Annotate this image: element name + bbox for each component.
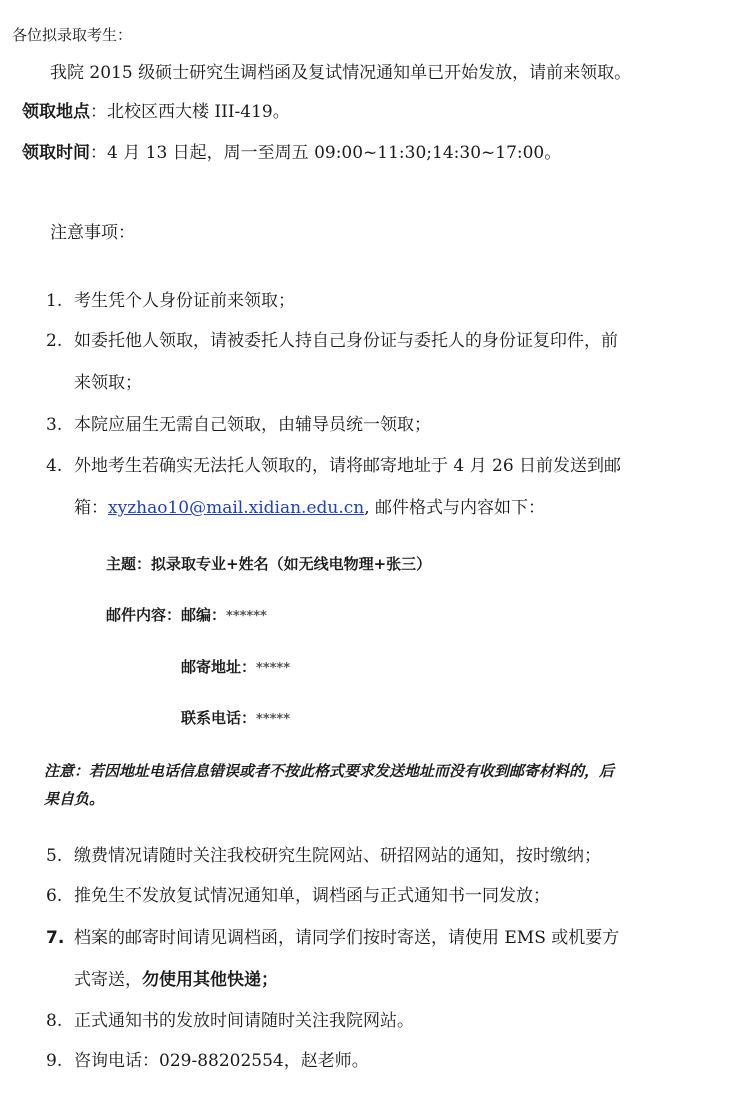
- email-subject-format: 主题：拟录取专业+姓名（如无线电物理+张三）: [106, 553, 431, 575]
- greeting: 各位拟录取考生：: [12, 24, 132, 46]
- warning-no-other-courier: 勿使用其他快递；: [142, 970, 278, 990]
- email-content-address: 邮寄地址：*****: [181, 656, 290, 680]
- list-item-continuation: 箱：xyzhao10@mail.xidian.edu.cn, 邮件格式与内容如下…: [74, 497, 545, 519]
- list-item: 8.正式通知书的发放时间请随时关注我院网站。: [46, 1010, 414, 1032]
- list-item-continuation: 来领取；: [74, 372, 142, 394]
- pickup-location: 领取地点：北校区西大楼 III-419。: [22, 101, 290, 123]
- time-label: 领取时间: [22, 143, 90, 163]
- list-item: 5.缴费情况请随时关注我校研究生院网站、研招网站的通知，按时缴纳；: [46, 845, 601, 867]
- email-content-phone: 联系电话：*****: [181, 707, 290, 731]
- list-item-continuation: 式寄送，勿使用其他快递；: [74, 969, 278, 991]
- time-value: 4 月 13 日起，周一至周五 09:00~11:30;14:30~17:00。: [107, 143, 561, 163]
- email-link[interactable]: xyzhao10@mail.xidian.edu.cn: [108, 498, 364, 518]
- notes-heading: 注意事项：: [50, 222, 135, 244]
- list-item: 1.考生凭个人身份证前来领取；: [46, 290, 295, 312]
- warning-line-2: 果自负。: [44, 788, 104, 810]
- warning-line-1: 注意：若因地址电话信息错误或者不按此格式要求发送地址而没有收到邮寄材料的，后: [44, 760, 614, 782]
- list-item: 7.档案的邮寄时间请见调档函，请同学们按时寄送，请使用 EMS 或机要方: [46, 927, 619, 949]
- list-item: 9.咨询电话：029-88202554，赵老师。: [46, 1050, 369, 1072]
- list-item: 6.推免生不发放复试情况通知单，调档函与正式通知书一同发放；: [46, 885, 550, 907]
- location-value: 北校区西大楼 III-419。: [107, 102, 290, 122]
- location-label: 领取地点: [22, 102, 90, 122]
- list-item: 2.如委托他人领取，请被委托人持自己身份证与委托人的身份证复印件，前: [46, 330, 618, 352]
- list-item: 4.外地考生若确实无法托人领取的，请将邮寄地址于 4 月 26 日前发送到邮: [46, 455, 621, 477]
- email-content-postcode: 邮件内容：邮编：******: [106, 604, 267, 628]
- intro-paragraph: 我院 2015 级硕士研究生调档函及复试情况通知单已开始发放，请前来领取。: [50, 62, 631, 84]
- list-item: 3.本院应届生无需自己领取，由辅导员统一领取；: [46, 414, 431, 436]
- pickup-time: 领取时间：4 月 13 日起，周一至周五 09:00~11:30;14:30~1…: [22, 142, 561, 164]
